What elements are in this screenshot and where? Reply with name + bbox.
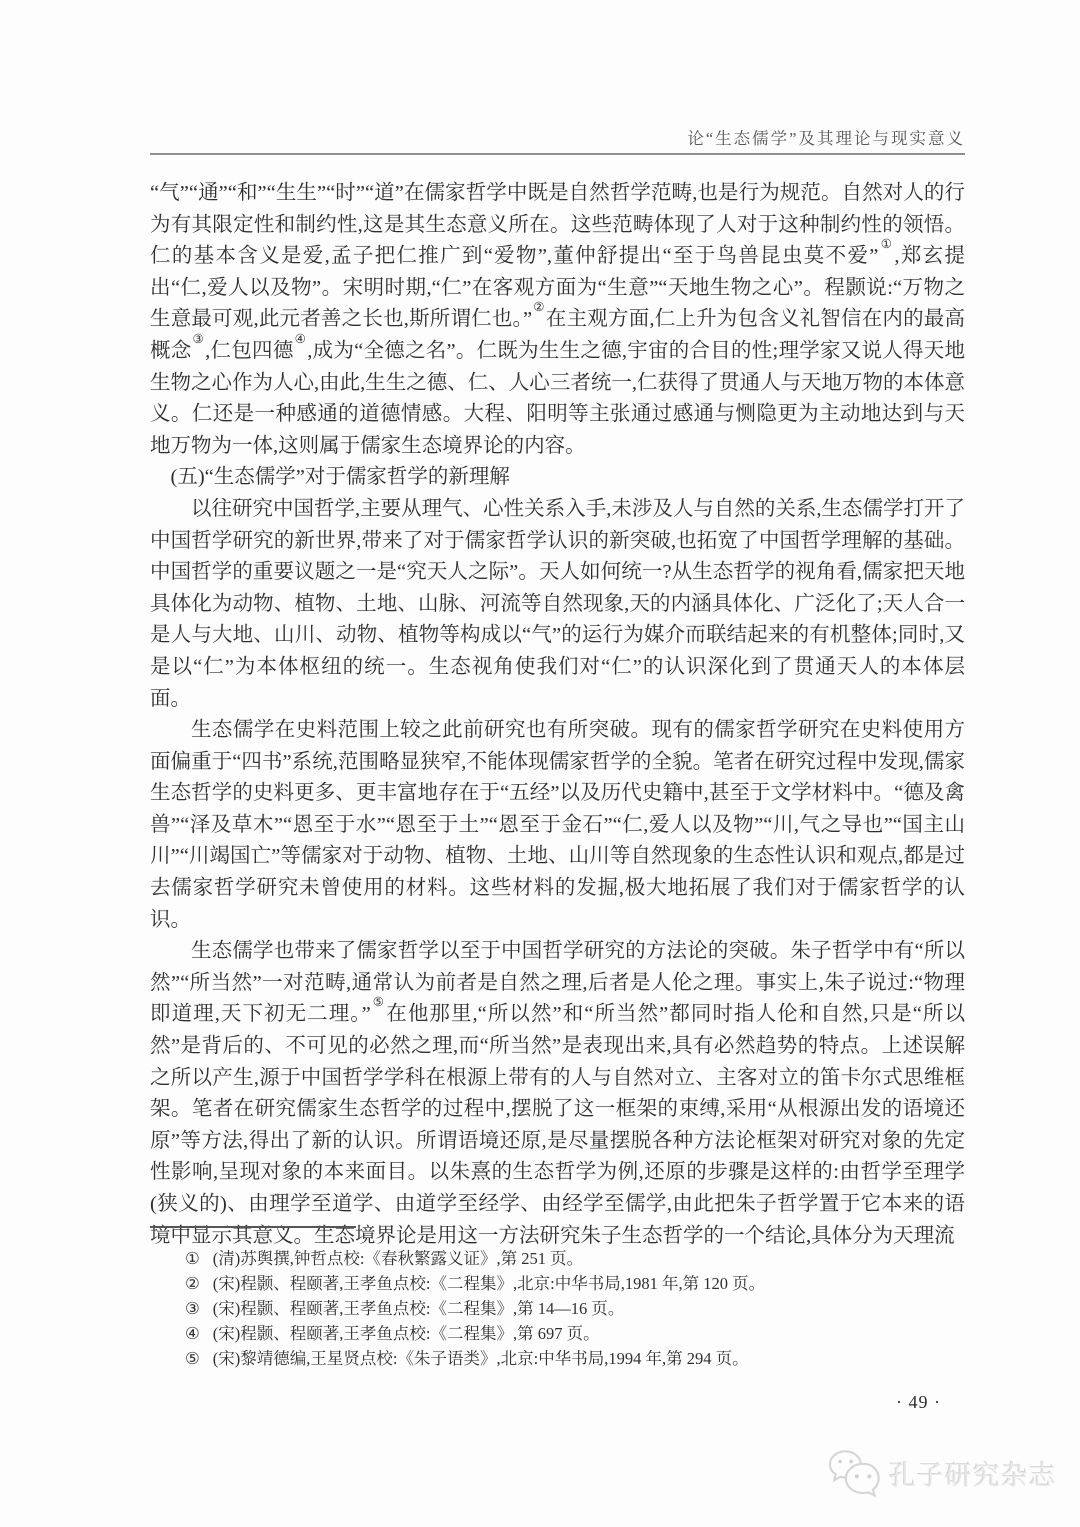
footnote-item: ④(宋)程颢、程颐著,王孝鱼点校:《二程集》,第 697 页。: [150, 1321, 965, 1346]
paragraph: 生态儒学也带来了儒家哲学以至于中国哲学研究的方法论的突破。朱子哲学中有“所以然”…: [150, 936, 965, 1252]
footnote-item: ②(宋)程颢、程颐著,王孝鱼点校:《二程集》,北京:中华书局,1981 年,第 …: [150, 1271, 965, 1296]
footnote-item: ③(宋)程颢、程颐著,王孝鱼点校:《二程集》,第 14—16 页。: [150, 1296, 965, 1321]
footnote-marker: ⑤: [185, 1346, 200, 1371]
page-number: · 49 ·: [150, 1392, 965, 1413]
paragraph: 生态儒学在史料范围上较之此前研究也有所突破。现有的儒家哲学研究在史料使用方面偏重…: [150, 715, 965, 936]
footnote-separator: [150, 1226, 356, 1228]
footnote-ref: ①: [878, 237, 894, 251]
watermark-label: 孔子研究杂志: [889, 1454, 1057, 1493]
running-header: 论“生态儒学”及其理论与现实意义: [150, 125, 965, 149]
footnote-item: ①(清)苏舆撰,钟哲点校:《春秋繁露义证》,第 251 页。: [150, 1246, 965, 1271]
paragraph: 以往研究中国哲学,主要从理气、心性关系入手,未涉及人与自然的关系,生态儒学打开了…: [150, 494, 965, 715]
section-heading: (五)“生态儒学”对于儒家哲学的新理解: [150, 462, 965, 494]
footnote-ref: ⑤: [371, 995, 387, 1009]
footnotes: ①(清)苏舆撰,钟哲点校:《春秋繁露义证》,第 251 页。②(宋)程颢、程颐著…: [150, 1246, 965, 1371]
body-paragraphs: “气”“通”“和”“生生”“时”“道”在儒家哲学中既是自然哲学范畴,也是行为规范…: [150, 178, 965, 1252]
wechat-logo-icon: [826, 1448, 882, 1498]
footnote-marker: ①: [185, 1246, 200, 1271]
footnote-ref: ③: [192, 332, 206, 346]
footnote-text: (宋)程颢、程颐著,王孝鱼点校:《二程集》,第 14—16 页。: [213, 1299, 625, 1318]
footnote-marker: ④: [185, 1321, 200, 1346]
footnote-text: (清)苏舆撰,钟哲点校:《春秋繁露义证》,第 251 页。: [213, 1249, 583, 1268]
footnote-text: (宋)程颢、程颐著,王孝鱼点校:《二程集》,第 697 页。: [213, 1324, 600, 1343]
paragraph: “气”“通”“和”“生生”“时”“道”在儒家哲学中既是自然哲学范畴,也是行为规范…: [150, 178, 965, 462]
running-title: 论“生态儒学”及其理论与现实意义: [687, 129, 965, 148]
footnote-marker: ③: [185, 1296, 200, 1321]
footnote-ref: ②: [532, 300, 546, 314]
header-rule: [150, 153, 965, 155]
footnote-text: (宋)黎靖德编,王星贤点校:《朱子语类》,北京:中华书局,1994 年,第 29…: [213, 1349, 749, 1368]
footnote-text: (宋)程颢、程颐著,王孝鱼点校:《二程集》,北京:中华书局,1981 年,第 1…: [213, 1274, 765, 1293]
footnote-ref: ④: [294, 332, 308, 346]
watermark: 孔子研究杂志: [826, 1448, 1057, 1498]
footnote-marker: ②: [185, 1271, 200, 1296]
document-page: 论“生态儒学”及其理论与现实意义 “气”“通”“和”“生生”“时”“道”在儒家哲…: [0, 0, 1080, 1527]
footnote-item: ⑤(宋)黎靖德编,王星贤点校:《朱子语类》,北京:中华书局,1994 年,第 2…: [150, 1346, 965, 1371]
